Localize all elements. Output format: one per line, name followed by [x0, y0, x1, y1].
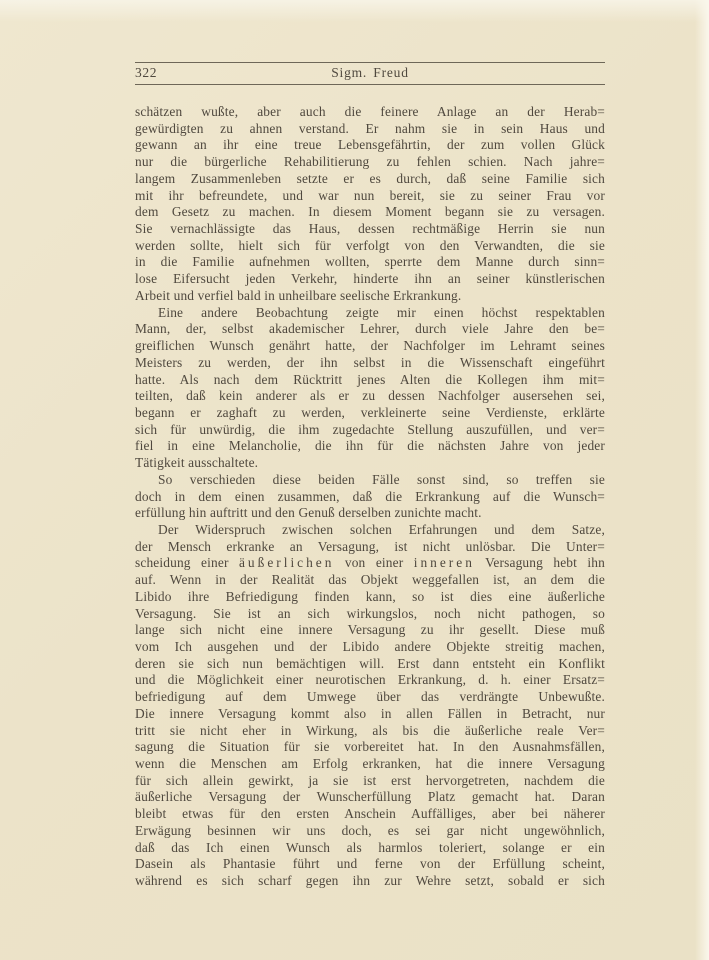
text-line: begann er zaghaft zu werden, verkleinert… [135, 405, 605, 422]
text-line: lange sich nicht eine innere Versagung z… [135, 622, 605, 639]
text-segment: von einer [334, 555, 413, 570]
text-line: äußerliche Versagung der Wunscherfüllung… [135, 789, 605, 806]
text-line: Mann, der, selbst akademischer Lehrer, d… [135, 321, 605, 338]
text-line: greiflichen Wunsch genährt hatte, der Na… [135, 338, 605, 355]
text-line: Erwägung besinnen wir uns doch, es sei g… [135, 823, 605, 840]
header-row: 322 Sigm. Freud [135, 63, 605, 84]
text-line: lose Eifersucht jeden Verkehr, hinderte … [135, 271, 605, 288]
text-line: während es sich scharf gegen ihn zur Weh… [135, 873, 605, 890]
text-line: Sie vernachlässigte das Haus, dessen rec… [135, 221, 605, 238]
text-line: Arbeit und verfiel bald in unheilbare se… [135, 288, 605, 305]
text-line: schätzen wußte, aber auch die feinere An… [135, 104, 605, 121]
text-line: Dasein als Phantasie führt und ferne von… [135, 856, 605, 873]
text-line: für sich allein gewirkt, ja sie ist erst… [135, 773, 605, 790]
text-segment: scheidung einer [135, 555, 239, 570]
emphasized-word: äußerlichen [239, 555, 334, 570]
text-line: dem Gesetz zu machen. In diesem Moment b… [135, 204, 605, 221]
text-line: vom Ich ausgehen und der Libido andere O… [135, 639, 605, 656]
text-line: erfüllung hin auftritt und den Genuß der… [135, 505, 605, 522]
text-line: scheidung einer äußerlichen von einer in… [135, 555, 605, 572]
running-header-title: Sigm. Freud [135, 65, 605, 81]
text-line: werden sollte, hielt sich für verfolgt v… [135, 238, 605, 255]
text-line: doch in dem einen zusammen, daß die Erkr… [135, 489, 605, 506]
text-line: tritt sie nicht eher in Wirkung, als bis… [135, 723, 605, 740]
text-line: hatte. Als nach dem Rücktritt jenes Alte… [135, 372, 605, 389]
body-text: schätzen wußte, aber auch die feinere An… [135, 104, 605, 890]
text-line: fiel in eine Melancholie, die ihn für di… [135, 438, 605, 455]
text-line: Eine andere Beobachtung zeigte mir einen… [135, 305, 605, 322]
text-line: langem Zusammenleben setzte er es durch,… [135, 171, 605, 188]
text-line: Die innere Versagung kommt also in allen… [135, 706, 605, 723]
text-line: Der Widerspruch zwischen solchen Erfahru… [135, 522, 605, 539]
text-line: teilten, daß kein anderer als er zu dess… [135, 388, 605, 405]
emphasized-word: inneren [414, 555, 475, 570]
text-line: in die Familie aufnehmen wollten, sperrt… [135, 254, 605, 271]
text-line: und die Möglichkeit einer neurotischen E… [135, 672, 605, 689]
text-line: nur die bürgerliche Rehabilitierung zu f… [135, 154, 605, 171]
text-line: gewann an ihr eine treue Lebensgefährtin… [135, 137, 605, 154]
text-line: bleibt etwas für den ersten Anschein Auf… [135, 806, 605, 823]
text-line: daß das Ich einen Wunsch als harmlos tol… [135, 840, 605, 857]
text-line: sich für unwürdig, die ihm zugedachte St… [135, 422, 605, 439]
text-line: deren sie sich nun bemächtigen will. Ers… [135, 656, 605, 673]
text-line: auf. Wenn in der Realität das Objekt weg… [135, 572, 605, 589]
running-header: 322 Sigm. Freud [135, 62, 605, 85]
text-line: befriedigung auf dem Umwege über das ver… [135, 689, 605, 706]
text-line: So verschieden diese beiden Fälle sonst … [135, 472, 605, 489]
text-segment: Versagung hebt ihn [475, 555, 605, 570]
text-line: sagung die Situation für sie vorbereitet… [135, 739, 605, 756]
text-line: mit ihr befreundete, und war nun bereit,… [135, 188, 605, 205]
text-line: gewürdigten zu ahnen verstand. Er nahm s… [135, 121, 605, 138]
text-line: Meisters zu werden, der ihn selbst in di… [135, 355, 605, 372]
text-line: der Mensch erkranke an Versagung, ist ni… [135, 539, 605, 556]
book-page-scan: 322 Sigm. Freud schätzen wußte, aber auc… [0, 0, 709, 960]
text-line: Libido ihre Befriedigung finden kann, so… [135, 589, 605, 606]
text-line: Tätigkeit ausschaltete. [135, 455, 605, 472]
header-rule-bottom [135, 84, 605, 85]
text-line: Versagung. Sie ist an sich wirkungslos, … [135, 606, 605, 623]
text-line: wenn die Menschen am Erfolg erkranken, h… [135, 756, 605, 773]
